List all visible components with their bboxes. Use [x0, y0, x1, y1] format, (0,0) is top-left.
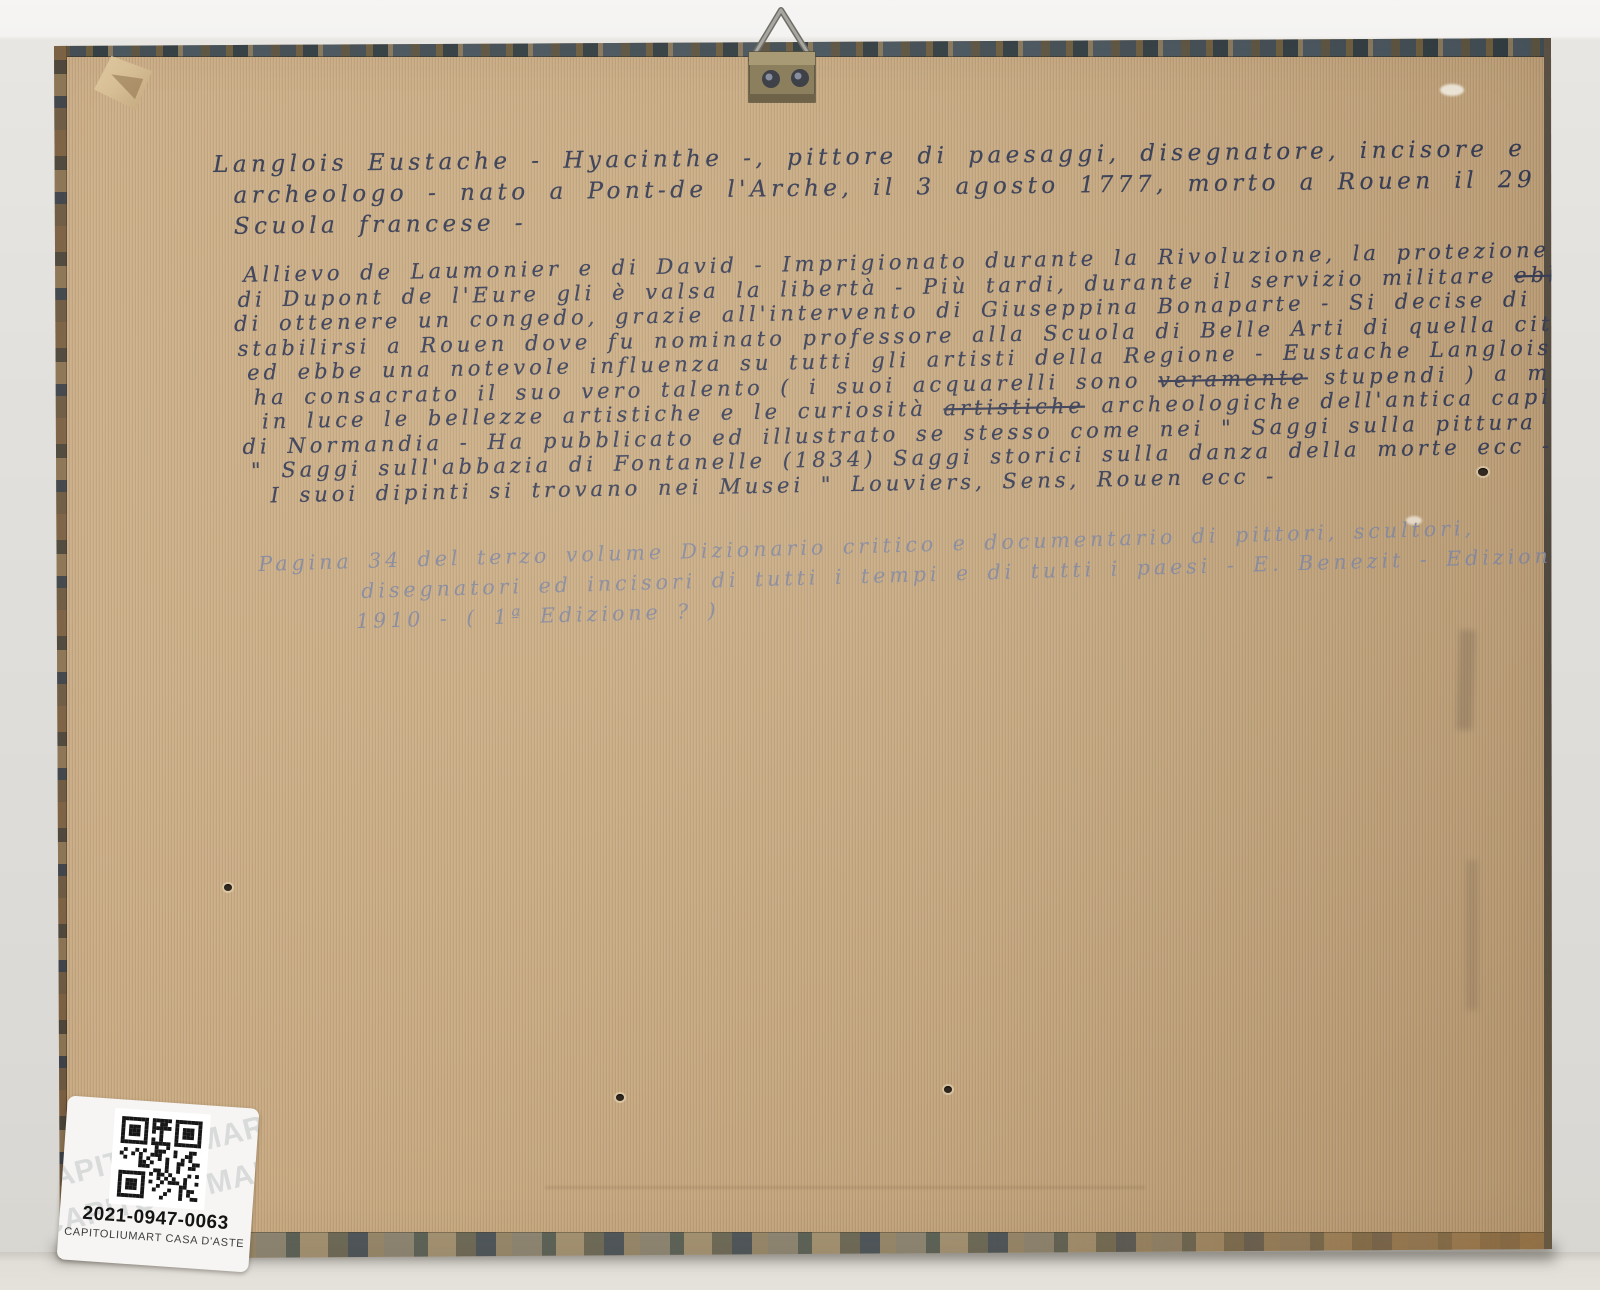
inscription-header: Langlois Eustache - Hyacinthe -, pittore… — [213, 130, 1600, 243]
cardboard-backing: Langlois Eustache - Hyacinthe -, pittore… — [0, 0, 1600, 1290]
handwritten-line: stabilirsi a Rouen dove fu nominato prof… — [237, 308, 1600, 361]
crease-mark — [545, 1186, 1145, 1189]
hanging-hook-graphic — [725, 0, 845, 115]
handwritten-line: di Normandia - Ha pubblicato ed illustra… — [242, 406, 1600, 459]
nail-hole — [224, 884, 232, 891]
handwritten-line: di Dupont de l'Eure gli è valsa la liber… — [237, 259, 1600, 312]
nail-hole — [1478, 468, 1488, 476]
handwritten-line: disegnatori ed incisori di tutti i tempi… — [361, 540, 1568, 606]
handwritten-line: " Saggi sull'abbazia di Fontanelle (1834… — [251, 430, 1600, 483]
handwritten-line: ed ebbe una notevole influenza su tutti … — [247, 332, 1600, 385]
handwritten-line: I suoi dipinti si trovano nei Musei " Lo… — [270, 455, 1600, 508]
handwritten-line: 1910 - ( 1ª Edizione ? ) — [356, 570, 1569, 636]
dirt-smudge — [1456, 630, 1475, 730]
qr-code — [109, 1108, 211, 1210]
nail-hole — [944, 1086, 952, 1093]
handwritten-line: Allievo de Laumonier e di David - Imprig… — [243, 234, 1600, 287]
tape-flap — [94, 56, 152, 110]
handwritten-line: Langlois Eustache - Hyacinthe -, pittore… — [213, 130, 1600, 181]
scuff-mark — [1440, 84, 1464, 96]
scuff-mark — [1406, 516, 1422, 525]
frame-edge-left — [44, 34, 67, 1264]
auction-label: CAPITOLIUMART CAPITOLIUMART 2021-0947-00… — [57, 1096, 260, 1273]
inscription-reference: Pagina 34 del terzo volume Dizionario cr… — [258, 510, 1569, 639]
photo-scene: Langlois Eustache - Hyacinthe -, pittore… — [0, 0, 1600, 1290]
handwritten-line: in luce le bellezze artistiche e le curi… — [262, 381, 1600, 434]
handwritten-line: di ottenere un congedo, grazie all'inter… — [234, 283, 1600, 336]
handwritten-line: Scuola francese - — [234, 192, 1600, 243]
dirt-smudge — [1466, 860, 1478, 1010]
nail-hole — [616, 1094, 624, 1101]
inscription-body: Allievo de Laumonier e di David - Imprig… — [233, 234, 1600, 508]
handwritten-line: ha consacrato il suo vero talento ( i su… — [253, 357, 1600, 410]
handwritten-line: Pagina 34 del terzo volume Dizionario cr… — [258, 510, 1567, 579]
hanging-hook — [725, 0, 845, 115]
frame-edge-right — [1544, 34, 1554, 1254]
handwritten-line: archeologo - nato a Pont-de l'Arche, il … — [233, 161, 1600, 212]
